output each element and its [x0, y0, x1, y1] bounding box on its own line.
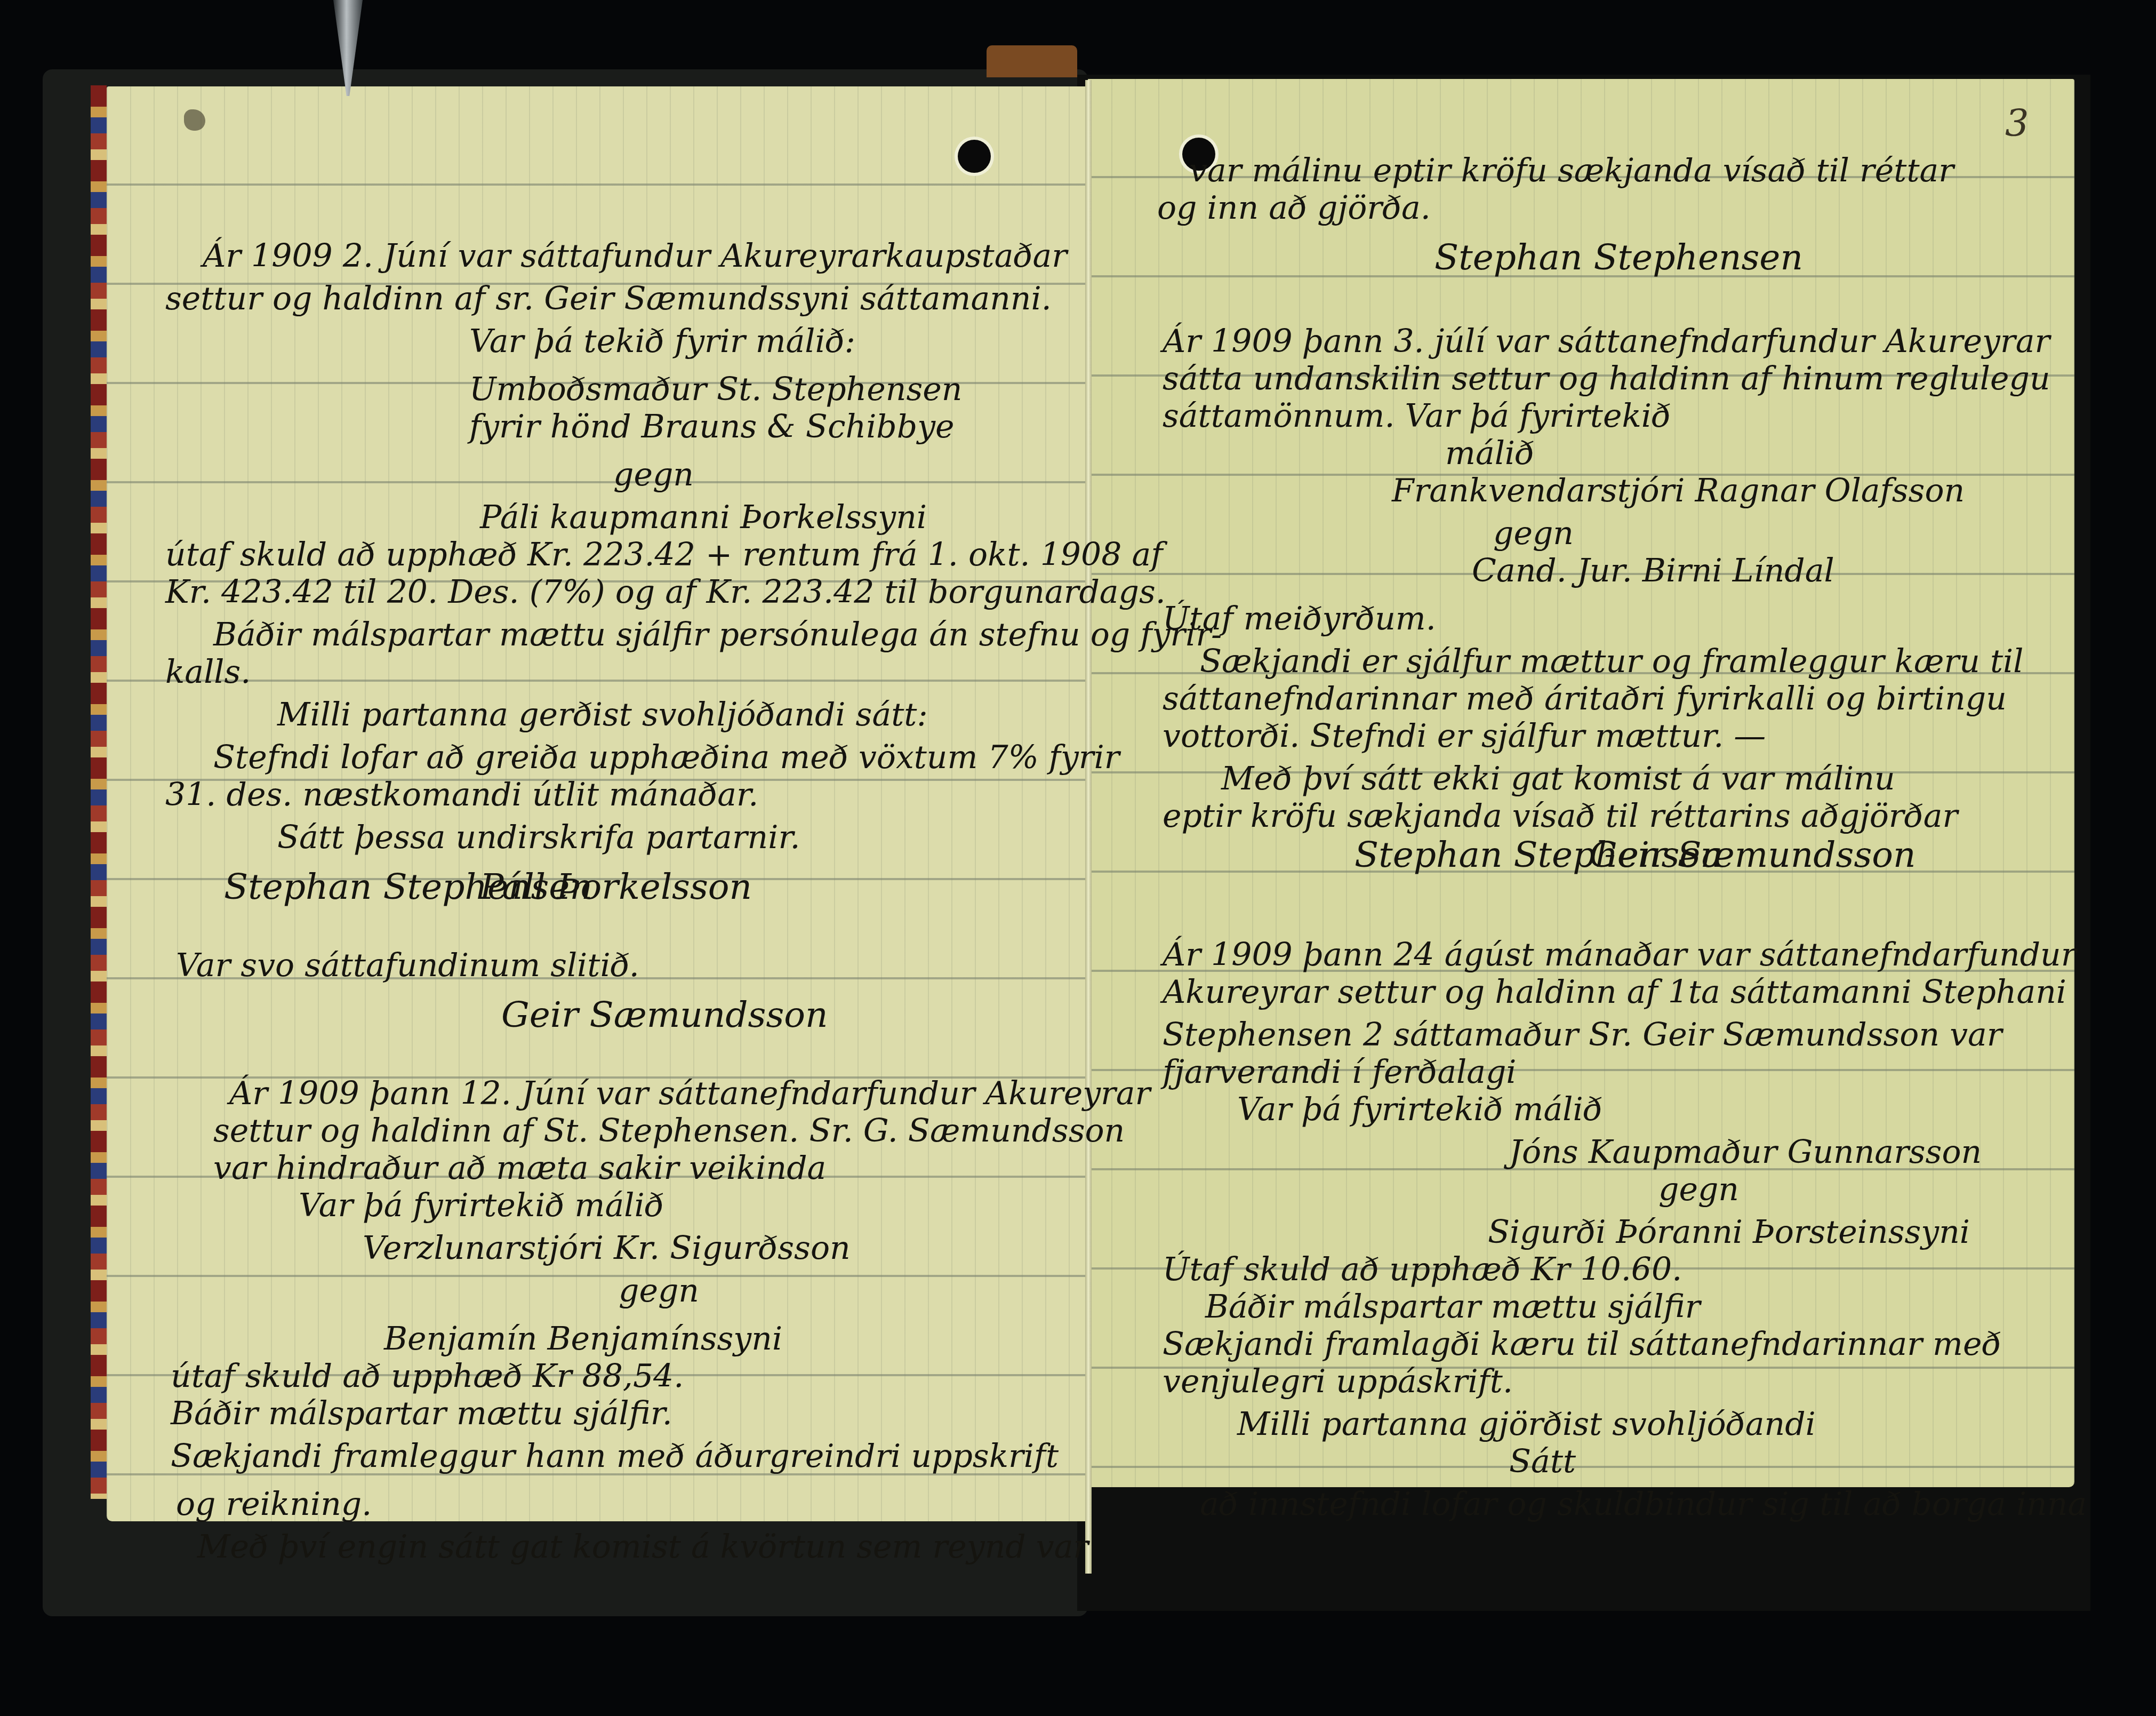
handwritten-line: sáttanefndarinnar með áritaðri fyrirkall… — [1163, 683, 2007, 715]
handwritten-line: Útaf skuld að upphæð Kr 10.60. — [1163, 1254, 1682, 1286]
handwritten-line: Sækjandi er sjálfur mættur og framleggur… — [1200, 645, 2023, 677]
handwritten-line: Akureyrar settur og haldinn af 1ta sátta… — [1163, 976, 2066, 1008]
handwritten-line: Ár 1909 þann 3. júlí var sáttanefndarfun… — [1163, 325, 2050, 357]
marbled-page-edge — [91, 85, 107, 1499]
handwritten-line: Útaf meiðyrðum. — [1163, 603, 1436, 635]
handwritten-line: Ár 1909 þann 24 ágúst mánaðar var sáttan… — [1163, 939, 2076, 971]
handwritten-line: 31. des. næstkomandi útlit mánaðar. — [165, 779, 758, 811]
handwritten-line: Var svo sáttafundinum slitið. — [176, 949, 639, 981]
handwritten-line: sátta undanskilin settur og haldinn af h… — [1163, 363, 2050, 395]
handwritten-line: Báðir málspartar mættu sjálfir — [1205, 1291, 1700, 1323]
handwritten-line: Kr. 423.42 til 20. Des. (7%) og af Kr. 2… — [165, 576, 1166, 608]
handwritten-line: settur og haldinn af sr. Geir Sæmundssyn… — [165, 283, 1052, 315]
handwritten-line: Páli kaupmanni Þorkelssyni — [480, 501, 927, 533]
signature: Geir Sæmundsson — [1589, 837, 1916, 873]
handwritten-line: málið — [1445, 437, 1534, 469]
handwritten-line: Báðir málspartar mættu sjálfir persónule… — [213, 619, 1222, 651]
handwritten-line: Með því sátt ekki gat komist á var málin… — [1221, 763, 1895, 795]
handwritten-line: Ár 1909 2. Júní var sáttafundur Akureyra… — [203, 240, 1067, 272]
handwritten-line: útaf skuld að upphæð Kr. 223.42 + rentum… — [165, 539, 1163, 571]
handwritten-line: Sækjandi framlagði kæru til sáttanefndar… — [1163, 1328, 2001, 1360]
handwritten-line: gegn — [619, 1275, 699, 1307]
handwritten-line: Umboðsmaður St. Stephensen — [469, 373, 962, 405]
handwritten-line: útaf skuld að upphæð Kr 88,54. — [171, 1360, 684, 1392]
handwritten-line: og reikning. — [176, 1488, 372, 1520]
handwritten-line: gegn — [1493, 517, 1574, 549]
handwritten-line: Var þá fyrirtekið málið — [299, 1190, 664, 1222]
handwritten-line: var málinu eptir kröfu sækjanda vísað ti… — [1189, 155, 1954, 187]
handwritten-line: Cand. Jur. Birni Líndal — [1472, 555, 1834, 587]
handwritten-line: gegn — [1658, 1174, 1739, 1206]
punch-hole-left — [958, 140, 991, 173]
handwritten-line: Sigurði Þóranni Þorsteinssyni — [1488, 1216, 1970, 1248]
signature: Páll Þorkelsson — [480, 869, 752, 905]
handwritten-line: vottorði. Stefndi er sjálfur mættur. — — [1163, 720, 1766, 752]
handwritten-line: Báðir málspartar mættu sjálfir. — [171, 1398, 672, 1430]
handwritten-line: Benjamín Benjamínssyni — [384, 1323, 782, 1355]
spine-headband — [987, 45, 1077, 77]
ink-blot-icon — [184, 109, 205, 131]
handwritten-line: sáttamönnum. Var þá fyrirtekið — [1163, 400, 1671, 432]
book-gutter — [1085, 80, 1092, 1574]
handwritten-line: gegn — [613, 459, 694, 491]
handwritten-line: Með því engin sátt gat komist á kvörtun … — [197, 1531, 1088, 1563]
handwritten-line: Sækjandi framleggur hann með áðurgreindr… — [171, 1440, 1059, 1472]
handwritten-line: Jóns Kaupmaður Gunnarsson — [1509, 1136, 1982, 1168]
handwritten-line: Ár 1909 þann 12. Júní var sáttanefndarfu… — [229, 1078, 1150, 1110]
handwritten-line: Milli partanna gerðist svohljóðandi sátt… — [277, 699, 928, 731]
handwritten-line: Stefndi lofar að greiða upphæðina með vö… — [213, 741, 1119, 773]
handwritten-line: venjulegri uppáskrift. — [1163, 1366, 1513, 1398]
handwritten-line: Var þá tekið fyrir málið: — [469, 325, 855, 357]
handwritten-line: Sátt — [1509, 1446, 1576, 1478]
handwritten-line: eptir kröfu sækjanda vísað til réttarins… — [1163, 800, 1958, 832]
signature: Geir Sæmundsson — [501, 997, 828, 1033]
handwritten-line: Milli partanna gjörðist svohljóðandi — [1237, 1408, 1816, 1440]
handwritten-line: Verzlunarstjóri Kr. Sigurðsson — [363, 1232, 851, 1264]
handwritten-line: að innstefndi lofar og skuldbindur sig t… — [1200, 1488, 2087, 1520]
signature: Stephan Stephensen — [1434, 240, 1803, 275]
handwritten-line: settur og haldinn af St. Stephensen. Sr.… — [213, 1115, 1125, 1147]
handwritten-line: Var þá fyrirtekið málið — [1237, 1094, 1602, 1126]
handwritten-line: og inn að gjörða. — [1157, 192, 1431, 224]
handwritten-line: Frankvendarstjóri Ragnar Olafsson — [1392, 475, 1965, 507]
handwritten-line: Sátt þessa undirskrifa partarnir. — [277, 821, 800, 853]
handwritten-line: fjarverandi í ferðalagi — [1163, 1056, 1517, 1088]
page-number: 3 — [2005, 101, 2029, 145]
handwritten-line: Stephensen 2 sáttamaður Sr. Geir Sæmunds… — [1163, 1019, 2002, 1051]
handwritten-line: kalls. — [165, 656, 251, 688]
handwritten-line: fyrir hönd Brauns & Schibbye — [469, 411, 955, 443]
handwritten-line: var hindraður að mæta sakir veikinda — [213, 1152, 826, 1184]
